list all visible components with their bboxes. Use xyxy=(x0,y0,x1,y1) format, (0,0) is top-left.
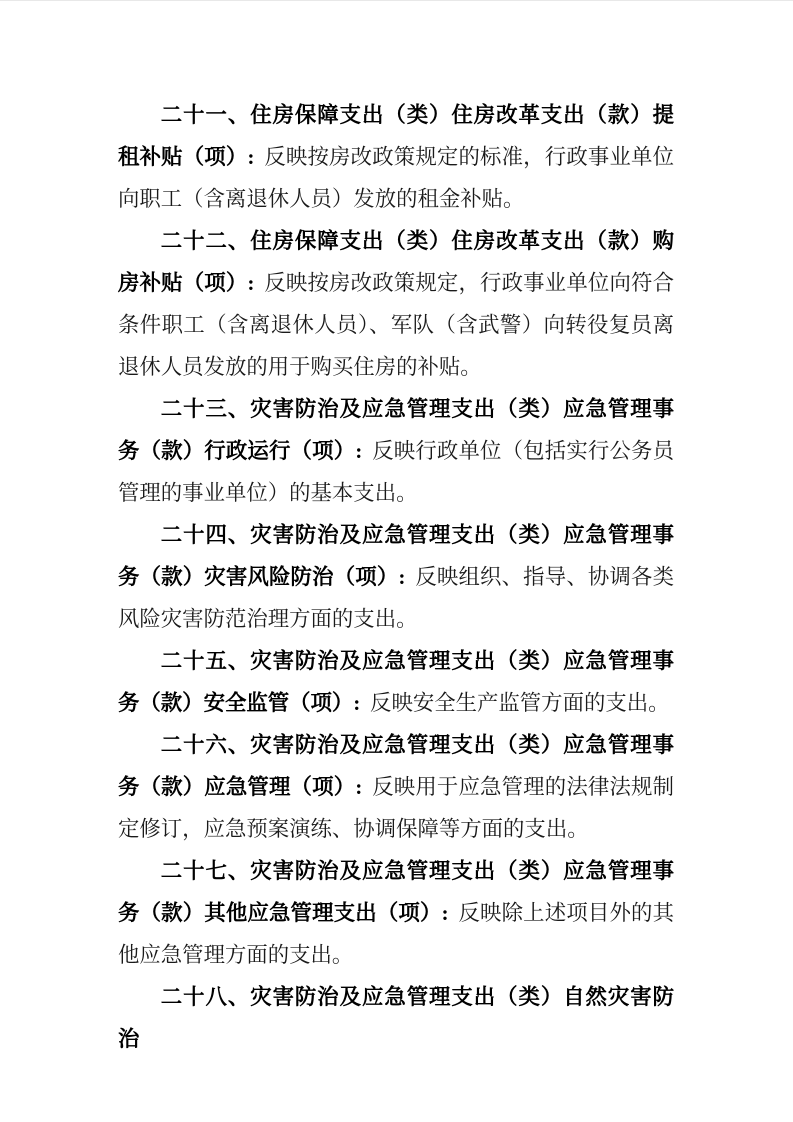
paragraph-item-25: 二十五、灾害防治及应急管理支出（类）应急管理事务（款）安全监管（项）:反映安全生… xyxy=(118,640,674,724)
paragraph-item-24: 二十四、灾害防治及应急管理支出（类）应急管理事务（款）灾害风险防治（项）:反映组… xyxy=(118,514,674,640)
paragraph-item-23: 二十三、灾害防治及应急管理支出（类）应急管理事务（款）行政运行（项）:反映行政单… xyxy=(118,388,674,514)
paragraph-body: 反映安全生产监管方面的支出。 xyxy=(370,691,669,715)
paragraph-item-28: 二十八、灾害防治及应急管理支出（类）自然灾害防治 xyxy=(118,976,674,1060)
paragraph-item-27: 二十七、灾害防治及应急管理支出（类）应急管理事务（款）其他应急管理支出（项）:反… xyxy=(118,850,674,976)
paragraph-item-22: 二十二、住房保障支出（类）住房改革支出（款）购房补贴（项）:反映按房改政策规定，… xyxy=(118,220,674,388)
paragraph-item-21: 二十一、住房保障支出（类）住房改革支出（款）提租补贴（项）:反映按房改政策规定的… xyxy=(118,94,674,220)
paragraph-heading: 二十八、灾害防治及应急管理支出（类）自然灾害防治 xyxy=(118,985,674,1051)
paragraph-item-26: 二十六、灾害防治及应急管理支出（类）应急管理事务（款）应急管理（项）:反映用于应… xyxy=(118,724,674,850)
document-page: 二十一、住房保障支出（类）住房改革支出（款）提租补贴（项）:反映按房改政策规定的… xyxy=(0,0,793,1122)
document-content: 二十一、住房保障支出（类）住房改革支出（款）提租补贴（项）:反映按房改政策规定的… xyxy=(118,94,674,1060)
